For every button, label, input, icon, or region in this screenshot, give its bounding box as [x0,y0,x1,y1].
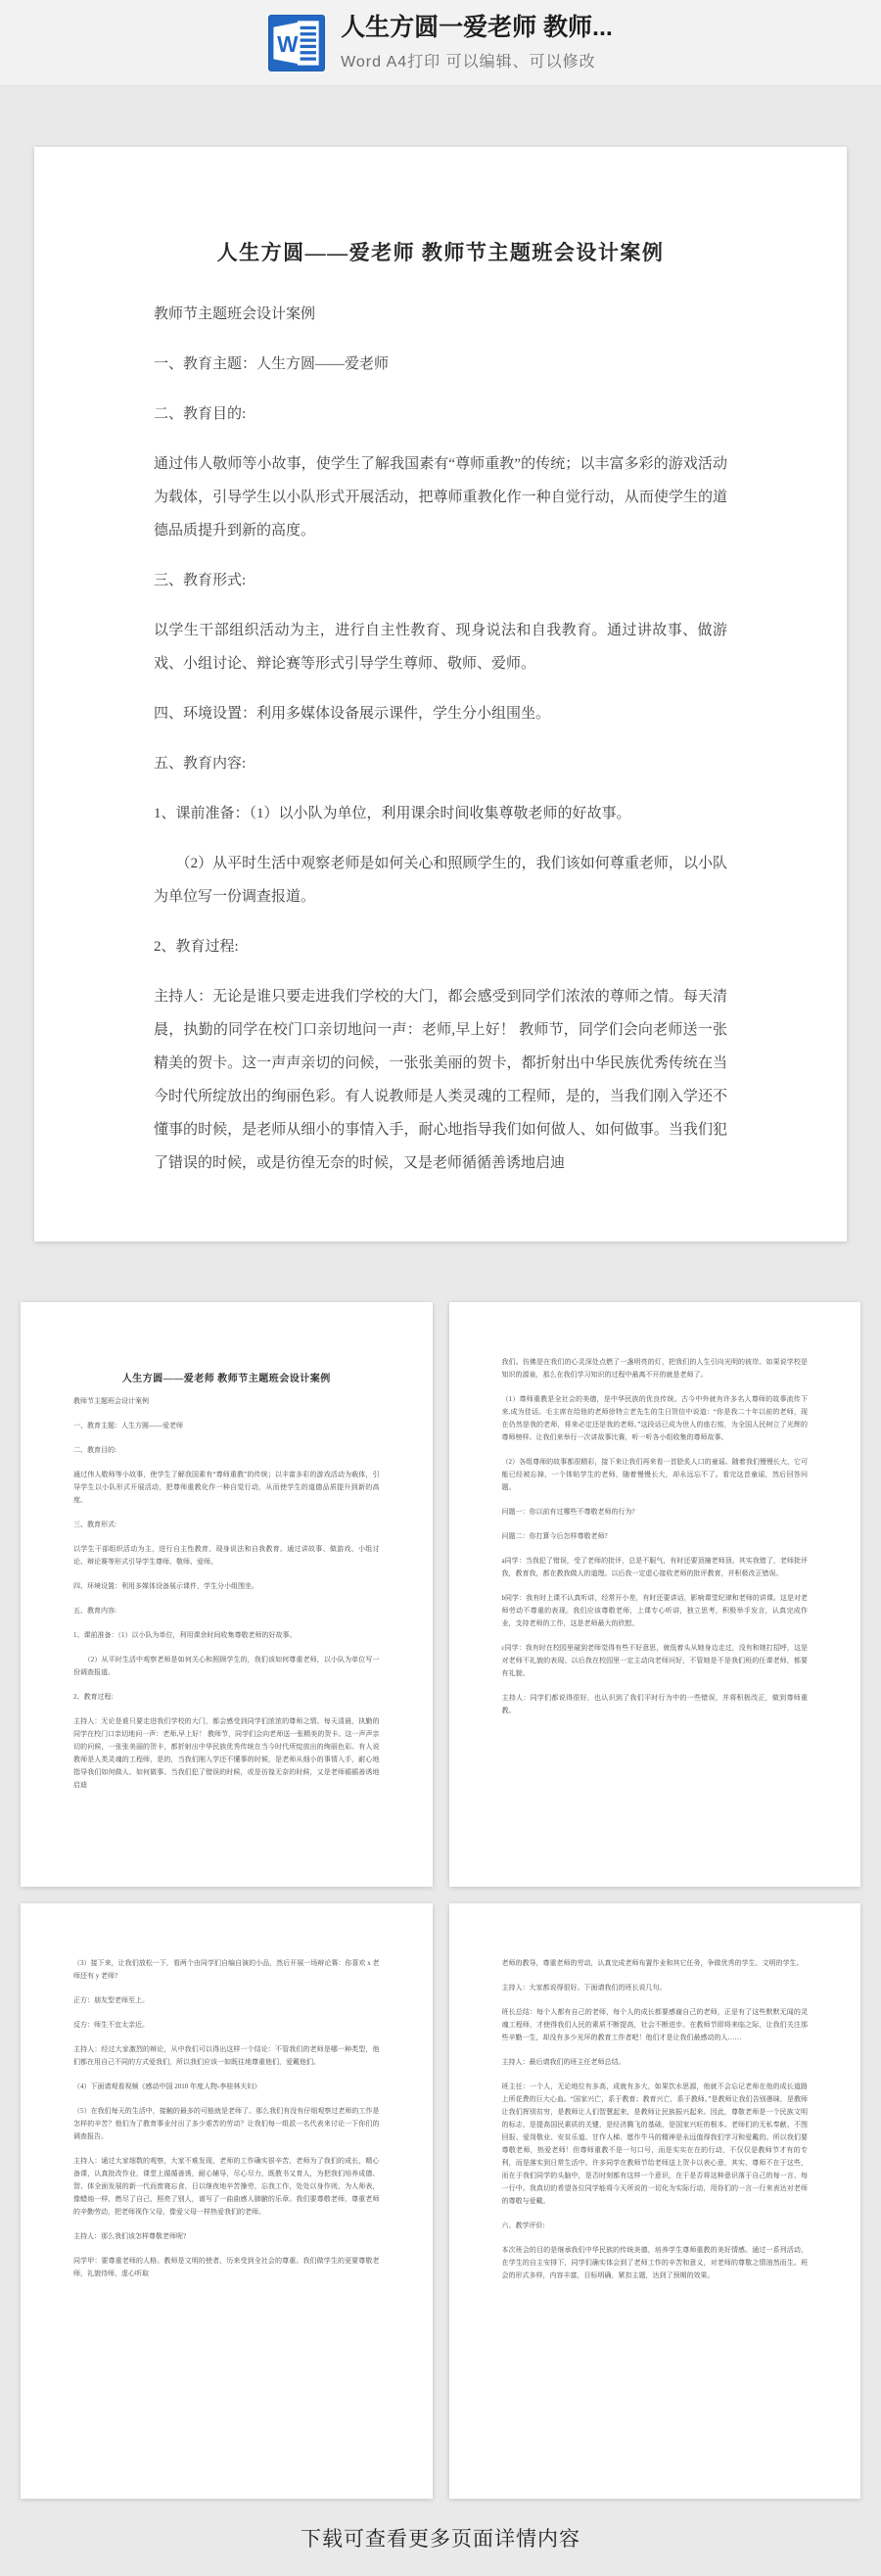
file-format-info: Word A4打印 可以编辑、可以修改 [341,49,613,71]
paragraph: （2）从平时生活中观察老师是如何关心和照顾学生的，我们该如何尊重老师，以小队为单… [73,1654,380,1679]
paragraph: 同学甲：要尊重老师的人格。教师是文明的使者，历来受到全社会的尊重。我们做学生的更… [73,2255,380,2280]
thumbnail-page-3[interactable]: （3）接下来，让我们放松一下，看两个由同学们自编自演的小品，然后开展一场辩论赛：… [21,1903,433,2499]
paragraph: c同学：我有时在校园里碰到老师觉得有些不好意思，就低着头从她身边走过，没有和她打… [502,1642,809,1680]
paragraph: 以学生干部组织活动为主，进行自主性教育、现身说法和自我教育。通过讲故事、做游戏、… [154,614,727,680]
paragraph: 主持人：大家都说得很好。下面请我们的班长说几句。 [502,1982,809,1994]
paragraph: 主持人：那么我们该怎样尊敬老师呢? [73,2230,380,2243]
paragraph: b同学：我有时上课不认真听讲，经常开小差，有时还要讲话，影响课堂纪律和老师的讲课… [502,1592,809,1630]
paragraph: 以学生干部组织活动为主，进行自主性教育、现身说法和自我教育。通过讲故事、做游戏、… [73,1543,380,1569]
paragraph: 三、教育形式: [154,564,727,597]
paragraph: （2）各组尊师的故事都很精彩，接下来让我们再来看一首脍炙人口的童谣。随着我们慢慢… [502,1456,809,1494]
paragraph: 反方：师生不宜太亲近。 [73,2019,380,2032]
paragraph: 教师节主题班会设计案例 [154,298,727,331]
paragraph: 三、教育形式: [73,1519,380,1531]
thumbnail-page-4[interactable]: 老师的教导，尊重老师的劳动，认真完成老师布置作业和其它任务，争做优秀的学生、文明… [449,1903,861,2499]
paragraph: 老师的教导，尊重老师的劳动，认真完成老师布置作业和其它任务，争做优秀的学生、文明… [502,1957,809,1970]
paragraph: 2、教育过程: [73,1691,380,1704]
svg-text:W: W [277,31,299,57]
paragraph: （2）从平时生活中观察老师是如何关心和照顾学生的，我们该如何尊重老师，以小队为单… [154,847,727,913]
paragraph: 主持人：经过大家激烈的辩论，从中我们可以得出这样一个结论：不管我们的老师是哪一种… [73,2043,380,2069]
paragraph: 1、课前准备：（1）以小队为单位，利用课余时间收集尊敬老师的好故事。 [154,797,727,830]
paragraph: 六、教学评价: [502,2220,809,2232]
paragraph: 主持人：无论是谁只要走进我们学校的大门，都会感受到同学们浓浓的尊师之情。每天清晨… [73,1715,380,1792]
paragraph: 2、教育过程: [154,930,727,963]
paragraph: 正方：朋友型老师至上。 [73,1994,380,2007]
page-preview-large[interactable]: 人生方圆——爱老师 教师节主题班会设计案例 教师节主题班会设计案例一、教育主题：… [34,147,847,1241]
document-heading-small: 人生方圆——爱老师 教师节主题班会设计案例 [73,1370,380,1384]
page-body: 教师节主题班会设计案例一、教育主题：人生方圆——爱老师二、教育目的:通过伟人敬师… [73,1395,380,1792]
paragraph: 一、教育主题：人生方圆——爱老师 [154,348,727,381]
paragraph: 主持人：无论是谁只要走进我们学校的大门，都会感受到同学们浓浓的尊师之情。每天清晨… [154,980,727,1180]
thumbnail-page-2[interactable]: 我们。仿佛是在我们的心灵深处点燃了一盏明亮的灯，把我们的人生引向光明的彼岸。如果… [449,1302,861,1887]
paragraph: 主持人：同学们都说得很好，也认识到了我们平时行为中的一些错误，并将积极改正，做到… [502,1692,809,1717]
page-body: （3）接下来，让我们放松一下，看两个由同学们自编自演的小品，然后开展一场辩论赛：… [73,1957,380,2280]
paragraph: 主持人：通过大家细数的观察，大家不难发现，老师的工作确实很辛苦，老师为了我们的成… [73,2155,380,2219]
header: W 人生方圆一爱老师 教师... Word A4打印 可以编辑、可以修改 [0,0,881,86]
page-body: 教师节主题班会设计案例一、教育主题：人生方圆——爱老师二、教育目的:通过伟人敬师… [154,298,727,1180]
paragraph: 班主任：一个人，无论地位有多高，成就有多大，如果饮水思源，他就不会忘记老师在他的… [502,2081,809,2208]
paragraph: （4）下面请观看视频《感动中国 2010 年度人物-李桂林夫妇》 [73,2081,380,2093]
paragraph: 五、教育内容: [154,747,727,780]
paragraph: 四、环境设置：利用多媒体设备展示课件，学生分小组围坐。 [73,1580,380,1593]
paragraph: （1）尊师重教是全社会的美德，是中华民族的优良传统。古今中外就有许多名人尊师的故… [502,1393,809,1444]
paragraph: 通过伟人敬师等小故事，使学生了解我国素有“尊师重教”的传统；以丰富多彩的游戏活动… [73,1469,380,1507]
paragraph: 主持人：最后请我们的班主任老师总结。 [502,2056,809,2069]
paragraph: 五、教育内容: [73,1605,380,1617]
page-body: 老师的教导，尊重老师的劳动，认真完成老师布置作业和其它任务，争做优秀的学生、文明… [502,1957,809,2282]
paragraph: 二、教育目的: [73,1444,380,1457]
paragraph: 1、课前准备：（1）以小队为单位，利用课余时间收集尊敬老师的好故事。 [73,1629,380,1642]
paragraph: 四、环境设置：利用多媒体设备展示课件，学生分小组围坐。 [154,697,727,730]
paragraph: 通过伟人敬师等小故事，使学生了解我国素有“尊师重教”的传统；以丰富多彩的游戏活动… [154,447,727,547]
paragraph: 问题二：你打算今后怎样尊敬老师? [502,1530,809,1543]
footer-note: 下载可查看更多页面详情内容 [0,2499,881,2576]
paragraph: 问题一：你以前有过哪些不尊敬老师的行为? [502,1506,809,1519]
thumbnail-page-1[interactable]: 人生方圆——爱老师 教师节主题班会设计案例 教师节主题班会设计案例一、教育主题：… [21,1302,433,1887]
file-title: 人生方圆一爱老师 教师... [341,14,613,42]
paragraph: 二、教育目的: [154,398,727,431]
paragraph: 我们。仿佛是在我们的心灵深处点燃了一盏明亮的灯，把我们的人生引向光明的彼岸。如果… [502,1356,809,1382]
paragraph: 一、教育主题：人生方圆——爱老师 [73,1420,380,1432]
paragraph: 教师节主题班会设计案例 [73,1395,380,1408]
document-heading: 人生方圆——爱老师 教师节主题班会设计案例 [154,237,727,266]
paragraph: 本次班会的目的是继承我们中华民族的传统美德，培养学生尊师重教的美好情感。通过一系… [502,2244,809,2282]
paragraph: （3）接下来，让我们放松一下，看两个由同学们自编自演的小品，然后开展一场辩论赛：… [73,1957,380,1983]
thumbnail-grid: 人生方圆——爱老师 教师节主题班会设计案例 教师节主题班会设计案例一、教育主题：… [21,1302,860,2499]
paragraph: 班长总结：每个人都有自己的老师，每个人的成长都要感谢自己的老师，正是有了这些默默… [502,2006,809,2044]
paragraph: a同学：当我犯了错误，受了老师的批评，总是不服气，有时还要顶撞老师顶。其实我错了… [502,1555,809,1580]
paragraph: （5）在我们每天的生活中，接触的最多的可能就是老师了。那么我们有没有仔细观察过老… [73,2105,380,2143]
word-file-icon: W [268,15,325,71]
page-body: 我们。仿佛是在我们的心灵深处点燃了一盏明亮的灯，把我们的人生引向光明的彼岸。如果… [502,1356,809,1717]
